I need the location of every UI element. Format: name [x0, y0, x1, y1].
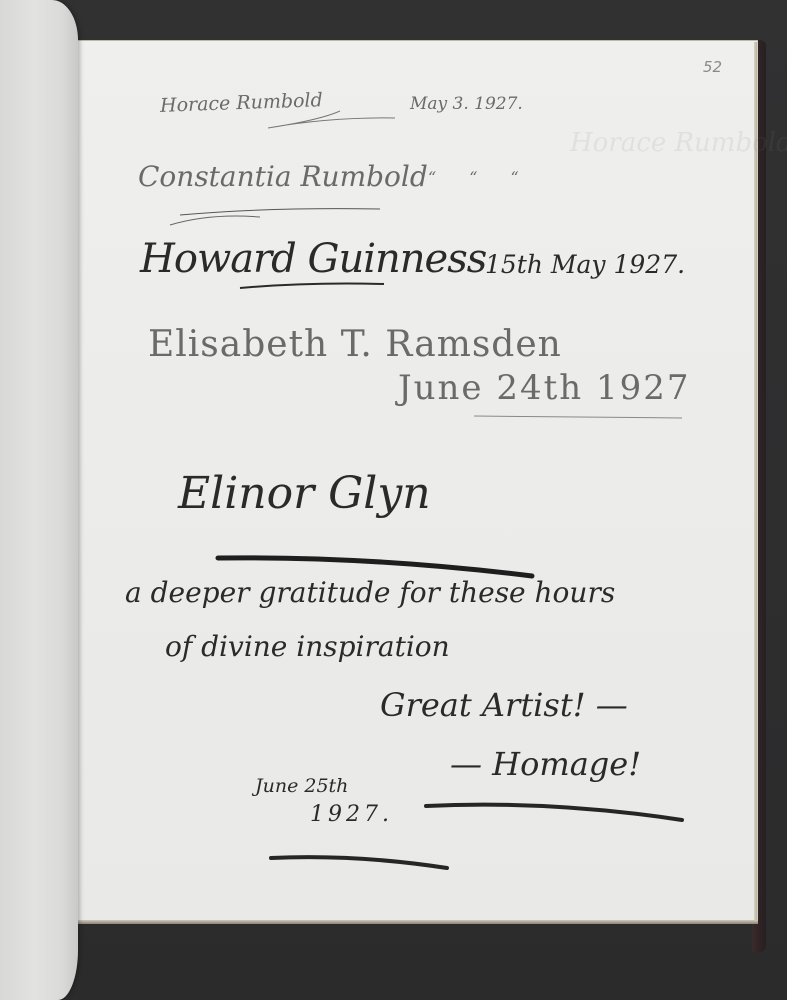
entry-1-date: May 3. 1927. — [410, 94, 523, 114]
entry-5-name: Elinor Glyn — [178, 468, 431, 519]
entry-3-top-flourish — [150, 205, 390, 235]
page-bottom-edge — [70, 920, 758, 924]
page-number: 52 — [703, 58, 722, 76]
entry-4-underline — [470, 410, 690, 422]
show-through-text: Horace Rumbold — [570, 128, 787, 158]
entry-2-date-ditto: “ “ “ — [428, 168, 533, 187]
entry-3-date: 15th May 1927. — [485, 250, 685, 279]
page-fore-edge — [754, 42, 757, 922]
entry-5-date-line-2: 1927. — [310, 802, 393, 827]
entry-1-flourish — [260, 105, 400, 135]
inscription-underline — [420, 798, 690, 828]
inscription-line-2: of divine inspiration — [165, 630, 450, 663]
entry-2-name: Constantia Rumbold — [138, 160, 428, 193]
entry-4-date: June 24th 1927 — [398, 368, 691, 408]
entry-3-underline — [238, 280, 388, 294]
facing-page-curl — [0, 0, 78, 1000]
inscription-line-1: a deeper gratitude for these hours — [125, 576, 615, 609]
entry-3-name: Howard Guinness — [140, 236, 486, 282]
entry-5-date-line-1: June 25th — [255, 775, 348, 797]
inscription-line-4: — Homage! — [450, 745, 641, 783]
entry-4-name: Elisabeth T. Ramsden — [148, 324, 562, 365]
inscription-line-3: Great Artist! — — [380, 686, 628, 724]
closing-underline — [265, 850, 455, 876]
